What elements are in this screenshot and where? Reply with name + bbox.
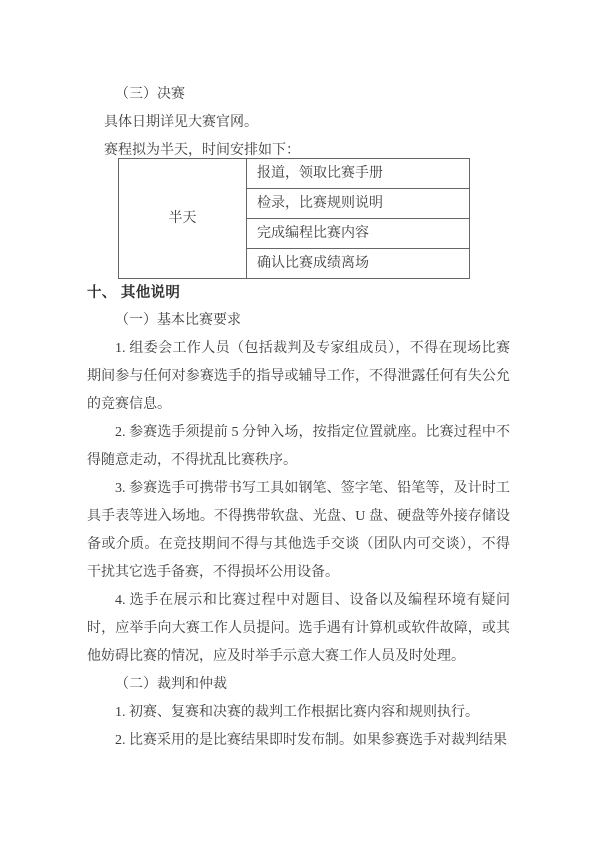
subsection-heading-referee: （二）裁判和仲裁 (87, 671, 510, 699)
paragraph-referee-2-truncated: 2. 比赛采用的是比赛结果即时发布制。如果参赛选手对裁判结果 (87, 727, 510, 755)
schedule-activity-cell: 确认比赛成绩离场 (247, 249, 470, 279)
document-page: （三）决赛 具体日期详见大赛官网。 赛程拟为半天，时间安排如下： 半天 报道，领… (0, 0, 596, 842)
schedule-duration-cell: 半天 (119, 159, 247, 279)
paragraph-basic-requirement-2: 2. 参赛选手须提前 5 分钟入场，按指定位置就座。比赛过程中不得随意走动，不得… (87, 419, 510, 475)
schedule-activity-cell: 检录，比赛规则说明 (247, 189, 470, 219)
paragraph-finals-date-note: 具体日期详见大赛官网。 (87, 109, 510, 137)
section-heading-other-notes: 十、 其他说明 (87, 279, 510, 307)
subsection-heading-basic-requirements: （一）基本比赛要求 (87, 307, 510, 335)
paragraph-referee-1: 1. 初赛、复赛和决赛的裁判工作根据比赛内容和规则执行。 (87, 699, 510, 727)
schedule-table: 半天 报道，领取比赛手册 检录，比赛规则说明 完成编程比赛内容 确认比赛成绩离场 (118, 158, 470, 279)
paragraph-basic-requirement-1: 1. 组委会工作人员（包括裁判及专家组成员），不得在现场比赛期间参与任何对参赛选… (87, 335, 510, 419)
paragraph-basic-requirement-4: 4. 选手在展示和比赛过程中对题目、设备以及编程环境有疑问时，应举手向大赛工作人… (87, 587, 510, 671)
paragraph-finals-heading: （三）决赛 (87, 81, 510, 109)
schedule-activity-cell: 完成编程比赛内容 (247, 219, 470, 249)
paragraph-basic-requirement-3: 3. 参赛选手可携带书写工具如钢笔、签字笔、铅笔等，及计时工具手表等进入场地。不… (87, 475, 510, 587)
